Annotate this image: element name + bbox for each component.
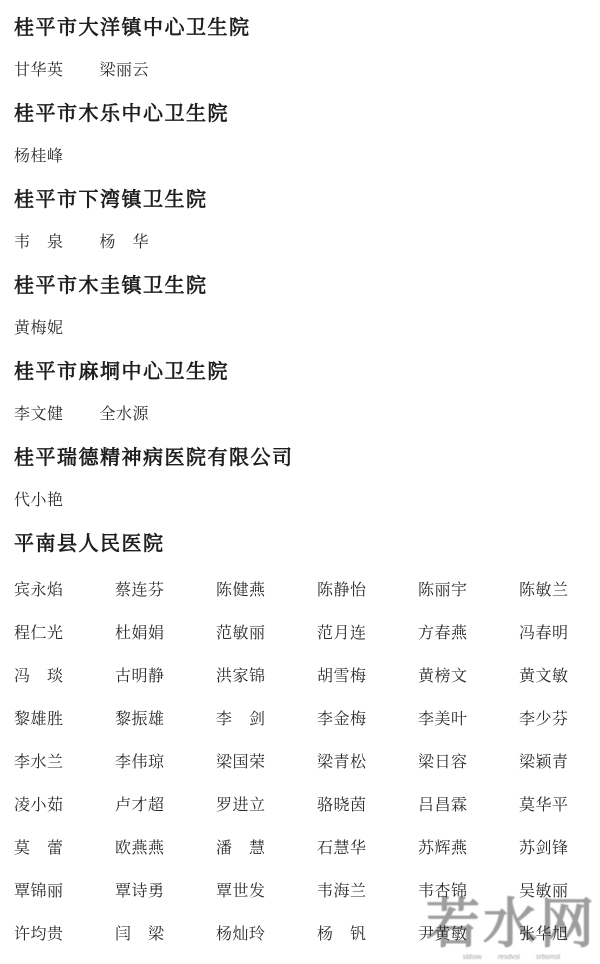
staff-name: 韦杏锦 <box>418 881 468 903</box>
staff-names-row: 代小艳 <box>14 490 586 512</box>
watermark-caption-word: srbsmst <box>536 953 561 962</box>
staff-names-row: 黄梅妮 <box>14 318 586 340</box>
staff-name: 梁国荣 <box>216 752 266 774</box>
staff-name: 杨灿玲 <box>216 924 266 946</box>
staff-name: 杨 钒 <box>317 924 367 946</box>
staff-name: 韦海兰 <box>317 881 367 903</box>
hospital-section: 平南县人民医院 <box>14 532 586 556</box>
staff-name: 李伟琼 <box>115 752 165 774</box>
staff-name: 陈静怡 <box>317 580 367 602</box>
staff-name: 尹黄敏 <box>418 924 468 946</box>
staff-name: 黄文敏 <box>519 666 569 688</box>
staff-name: 张华旭 <box>519 924 569 946</box>
staff-name: 卢才超 <box>115 795 165 817</box>
hospital-section: 桂平市麻垌中心卫生院 李文健 全水源 <box>14 360 586 426</box>
staff-name: 杨 华 <box>100 232 150 254</box>
hospital-heading: 桂平市下湾镇卫生院 <box>14 188 586 212</box>
staff-name: 黄榜文 <box>418 666 468 688</box>
staff-name: 李文健 <box>14 404 64 426</box>
staff-name: 代小艳 <box>14 490 64 512</box>
document-page: 桂平市大洋镇中心卫生院 甘华英 梁丽云 桂平市木乐中心卫生院 杨桂峰 桂平市下湾… <box>0 0 600 946</box>
hospital-heading: 桂平市木乐中心卫生院 <box>14 102 586 126</box>
staff-name: 李美叶 <box>418 709 468 731</box>
staff-name: 黄梅妮 <box>14 318 64 340</box>
staff-name: 覃锦丽 <box>14 881 64 903</box>
hospital-section: 桂平市大洋镇中心卫生院 甘华英 梁丽云 <box>14 16 586 82</box>
staff-name: 潘 慧 <box>216 838 266 860</box>
staff-name: 洪家锦 <box>216 666 266 688</box>
staff-name: 胡雪梅 <box>317 666 367 688</box>
hospital-heading: 桂平市麻垌中心卫生院 <box>14 360 586 384</box>
staff-name: 冯 琰 <box>14 666 64 688</box>
hospital-section: 桂平市木圭镇卫生院 黄梅妮 <box>14 274 586 340</box>
staff-name: 李 剑 <box>216 709 266 731</box>
staff-name: 莫华平 <box>519 795 569 817</box>
staff-name: 方春燕 <box>418 623 468 645</box>
staff-name: 欧燕燕 <box>115 838 165 860</box>
staff-name: 杜娟娟 <box>115 623 165 645</box>
staff-name: 闫 梁 <box>115 924 165 946</box>
staff-name: 程仁光 <box>14 623 64 645</box>
staff-name: 凌小茹 <box>14 795 64 817</box>
staff-name: 李水兰 <box>14 752 64 774</box>
hospital-heading: 桂平市大洋镇中心卫生院 <box>14 16 586 40</box>
staff-name: 宾永焰 <box>14 580 64 602</box>
staff-name: 梁颖青 <box>519 752 569 774</box>
hospital-heading: 桂平瑞德精神病医院有限公司 <box>14 446 586 470</box>
staff-name: 全水源 <box>100 404 150 426</box>
staff-name: 陈丽宇 <box>418 580 468 602</box>
staff-name: 蔡连芬 <box>115 580 165 602</box>
staff-name: 苏辉燕 <box>418 838 468 860</box>
watermark-caption: sldsiw resdvsl srbsmst <box>426 953 597 962</box>
staff-name: 杨桂峰 <box>14 146 64 168</box>
staff-names-row: 甘华英 梁丽云 <box>14 60 586 82</box>
staff-name: 覃世发 <box>216 881 266 903</box>
staff-name: 李少芬 <box>519 709 569 731</box>
staff-names-row: 韦 泉 杨 华 <box>14 232 586 254</box>
staff-name: 石慧华 <box>317 838 367 860</box>
staff-name: 吴敏丽 <box>519 881 569 903</box>
staff-name: 范月连 <box>317 623 367 645</box>
staff-name: 陈敏兰 <box>519 580 569 602</box>
staff-name: 李金梅 <box>317 709 367 731</box>
staff-name: 黎雄胜 <box>14 709 64 731</box>
staff-name: 莫 蕾 <box>14 838 64 860</box>
staff-name: 覃诗勇 <box>115 881 165 903</box>
staff-name-grid: 宾永焰蔡连芬陈健燕陈静怡陈丽宇陈敏兰程仁光杜娟娟范敏丽范月连方春燕冯春明冯 琰古… <box>14 580 586 946</box>
staff-names-row: 杨桂峰 <box>14 146 586 168</box>
staff-name: 梁青松 <box>317 752 367 774</box>
staff-name: 韦 泉 <box>14 232 64 254</box>
hospital-section: 桂平市下湾镇卫生院 韦 泉 杨 华 <box>14 188 586 254</box>
staff-name: 吕昌霖 <box>418 795 468 817</box>
staff-name: 梁丽云 <box>100 60 150 82</box>
hospital-section: 桂平瑞德精神病医院有限公司 代小艳 <box>14 446 586 512</box>
staff-name: 冯春明 <box>519 623 569 645</box>
watermark-caption-word: resdvsl <box>498 953 520 962</box>
staff-name: 范敏丽 <box>216 623 266 645</box>
staff-name: 古明静 <box>115 666 165 688</box>
watermark-caption-word: sldsiw <box>463 953 482 962</box>
hospital-heading: 平南县人民医院 <box>14 532 586 556</box>
hospital-section: 桂平市木乐中心卫生院 杨桂峰 <box>14 102 586 168</box>
staff-name: 梁日容 <box>418 752 468 774</box>
hospital-heading: 桂平市木圭镇卫生院 <box>14 274 586 298</box>
staff-name: 甘华英 <box>14 60 64 82</box>
staff-name: 罗进立 <box>216 795 266 817</box>
staff-name: 许均贵 <box>14 924 64 946</box>
staff-name: 骆晓茵 <box>317 795 367 817</box>
staff-name: 黎振雄 <box>115 709 165 731</box>
staff-names-row: 李文健 全水源 <box>14 404 586 426</box>
staff-name: 陈健燕 <box>216 580 266 602</box>
staff-name: 苏剑锋 <box>519 838 569 860</box>
